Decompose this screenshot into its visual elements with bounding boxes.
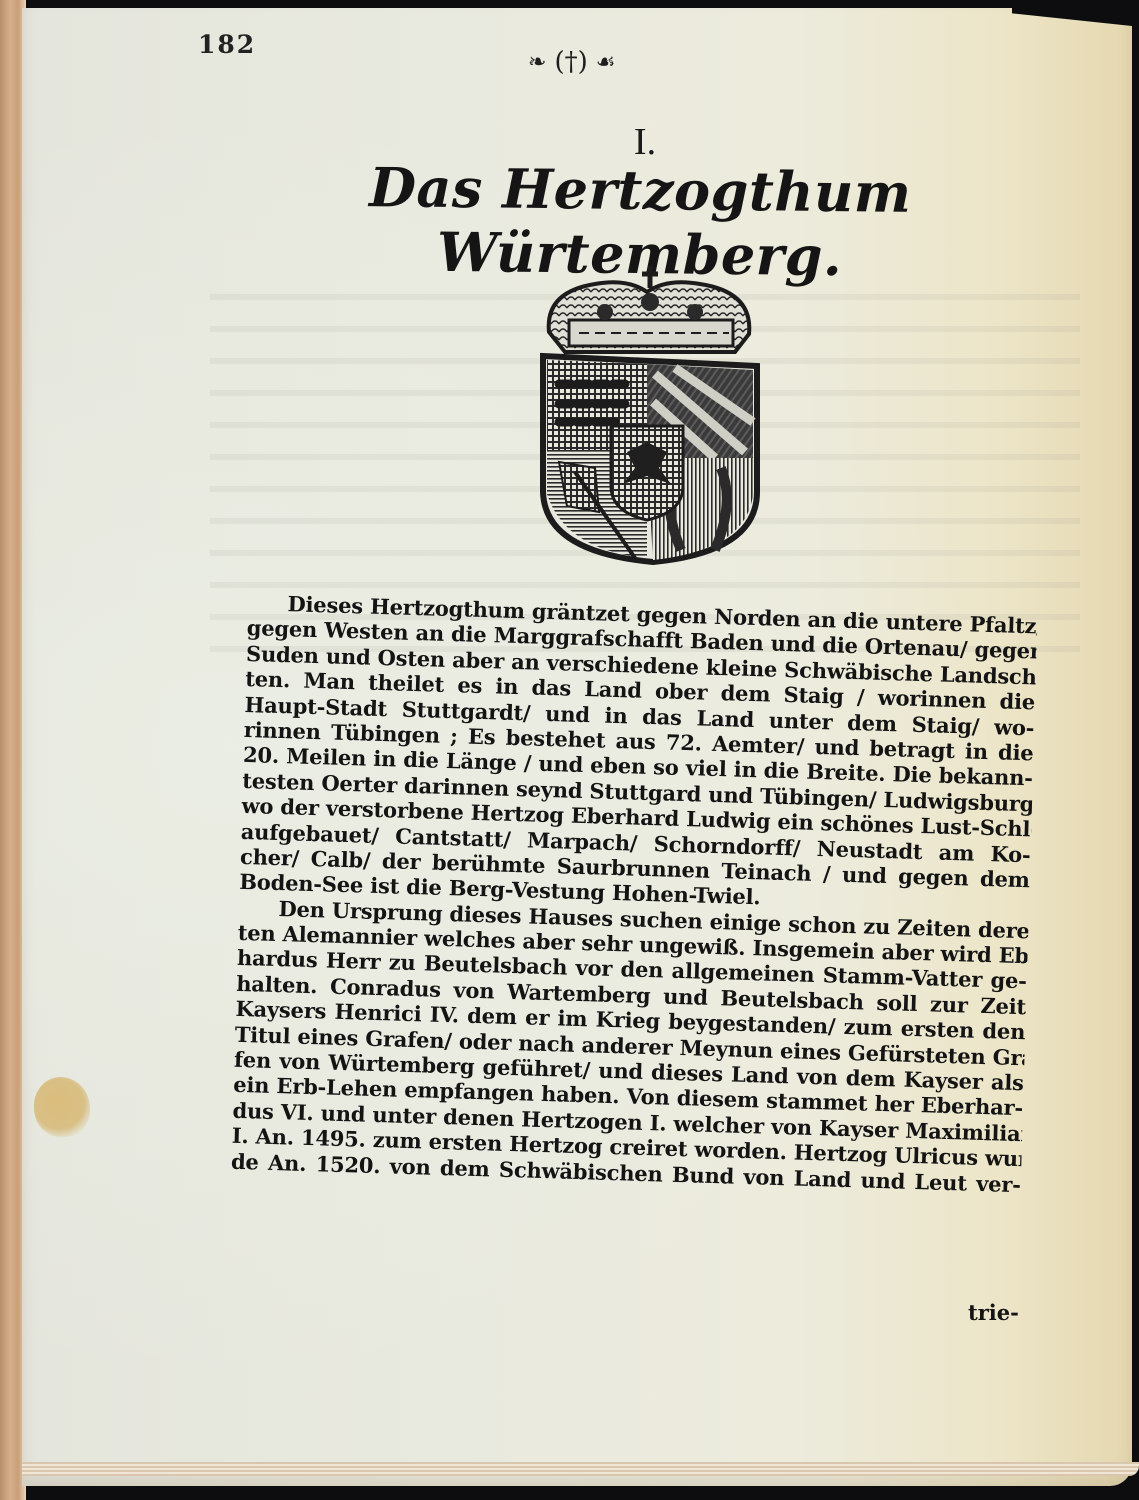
page-stack-edge [22,1462,1139,1476]
coat-of-arms-icon [535,262,765,568]
foxing-stain [34,1077,90,1137]
running-head: ❧ (†) ☙ [528,47,615,77]
running-head-symbol: (†) [554,47,587,77]
page-number: 182 [198,30,256,59]
fleuron-left-icon: ❧ [528,50,546,75]
page-corner-shadow [1012,0,1132,26]
catchword: trie- [968,1300,1019,1325]
coat-of-arms-illustration [535,262,765,568]
fleuron-right-icon: ☙ [596,50,616,75]
body-text: Dieses Hertzogthum gräntzet gegen Norden… [231,590,1038,1197]
